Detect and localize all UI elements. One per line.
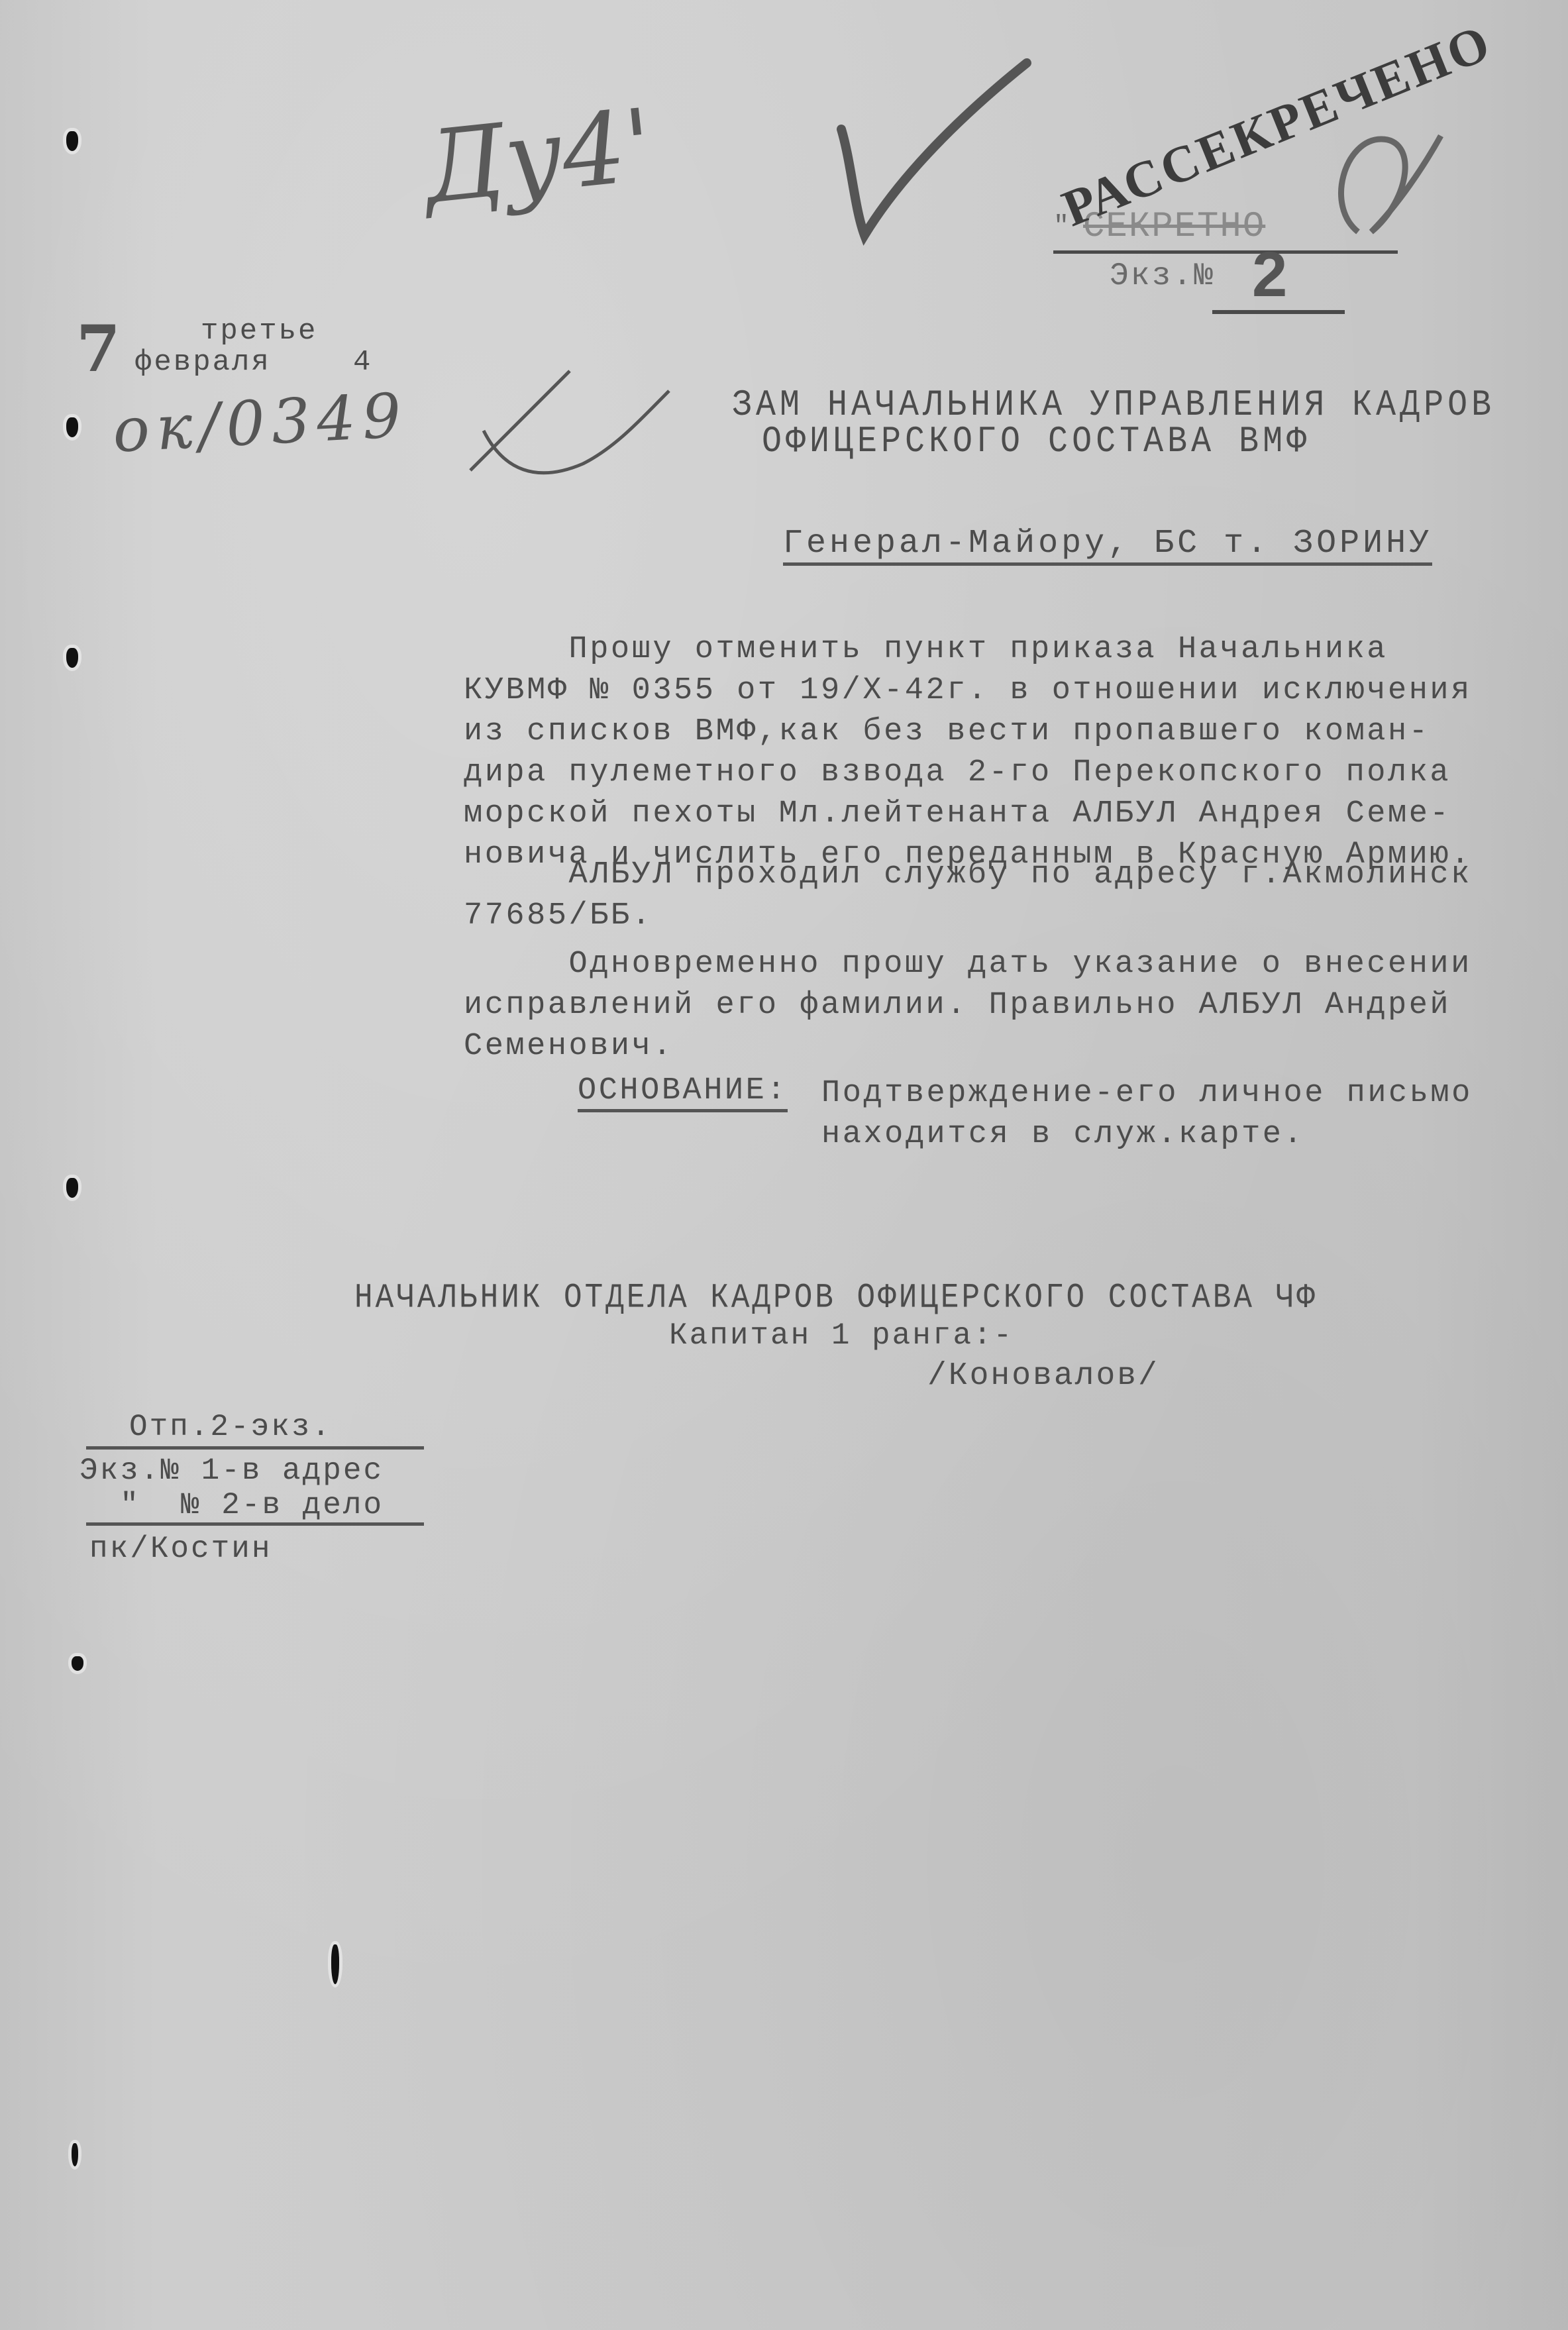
body-line: АЛБУЛ проходил службу по адресу г.Акмоли…: [464, 855, 1472, 896]
binder-hole: [66, 417, 78, 437]
basis-text: Подтверждение-его личное письмо находитс…: [821, 1073, 1473, 1155]
date-year-digit: 4: [353, 346, 372, 379]
handwritten-loop-icon: [1318, 126, 1451, 258]
signatory-rank: Капитан 1 ранга:-: [669, 1318, 1014, 1353]
binder-hole: [66, 1178, 78, 1198]
body-line: исправлений его фамилии. Правильно АЛБУЛ…: [464, 985, 1472, 1026]
distribution-line-1: Экз.№ 1-в адрес: [79, 1454, 424, 1488]
addressee-line-3-wrap: Генерал-Майору, БС т. ЗОРИНУ: [737, 487, 1432, 562]
check-mark-icon: [828, 56, 1047, 255]
margin-mark-icon: [464, 358, 676, 497]
body-paragraph-1: Прошу отменить пункт приказа Начальника …: [464, 629, 1472, 876]
body-line: дира пулеметного взвода 2-го Перекопског…: [464, 753, 1472, 794]
body-line: Прошу отменить пункт приказа Начальника: [464, 629, 1472, 670]
binder-hole: [66, 131, 78, 151]
basis-line: находится в служ.карте.: [821, 1114, 1473, 1155]
date-month: февраля: [134, 346, 271, 379]
body-line: Одновременно прошу дать указание о внесе…: [464, 944, 1472, 985]
copy-label: Экз.№: [1110, 258, 1215, 294]
binder-hole: [72, 2143, 78, 2166]
basis-label: ОСНОВАНИЕ:: [578, 1073, 788, 1112]
typist-initials: пк/Костин: [79, 1526, 424, 1572]
signatory-name: /Коновалов/: [927, 1358, 1159, 1394]
addressee-line-2: ОФИЦЕРСКОГО СОСТАВА ВМФ: [762, 421, 1310, 463]
body-line: Семенович.: [464, 1026, 1472, 1067]
binder-hole: [66, 648, 78, 668]
body-paragraph-3: Одновременно прошу дать указание о внесе…: [464, 944, 1472, 1067]
distribution-block: Отп.2-экз. Экз.№ 1-в адрес " № 2-в дело …: [79, 1408, 424, 1572]
body-line: из списков ВМФ,как без вести пропавшего …: [464, 712, 1472, 753]
date-word: третье: [201, 315, 317, 348]
handwritten-annotation: Ду4': [419, 87, 658, 226]
basis-block: ОСНОВАНИЕ:: [578, 1073, 788, 1112]
body-line: КУВМФ № 0355 от 19/Х-42г. в отношении ис…: [464, 670, 1472, 712]
distribution-line-2: " № 2-в дело: [79, 1488, 424, 1522]
copy-number-underline: [1212, 310, 1345, 314]
signatory-title: НАЧАЛЬНИК ОТДЕЛА КАДРОВ ОФИЦЕРСКОГО СОСТ…: [354, 1279, 1318, 1317]
body-paragraph-2: АЛБУЛ проходил службу по адресу г.Акмоли…: [464, 855, 1472, 937]
binder-hole: [331, 1944, 339, 1984]
body-line: морской пехоты Мл.лейтенанта АЛБУЛ Андре…: [464, 794, 1472, 835]
handwritten-day: 7: [76, 311, 121, 386]
basis-line: Подтверждение-его личное письмо: [821, 1073, 1473, 1114]
copy-number: 2: [1252, 238, 1287, 311]
distribution-header: Отп.2-экз.: [79, 1408, 424, 1446]
binder-hole: [72, 1656, 83, 1671]
divider-line: [86, 1446, 424, 1450]
body-line: 77685/ББ.: [464, 896, 1472, 937]
addressee-recipient: Генерал-Майору, БС т. ЗОРИНУ: [783, 525, 1432, 566]
